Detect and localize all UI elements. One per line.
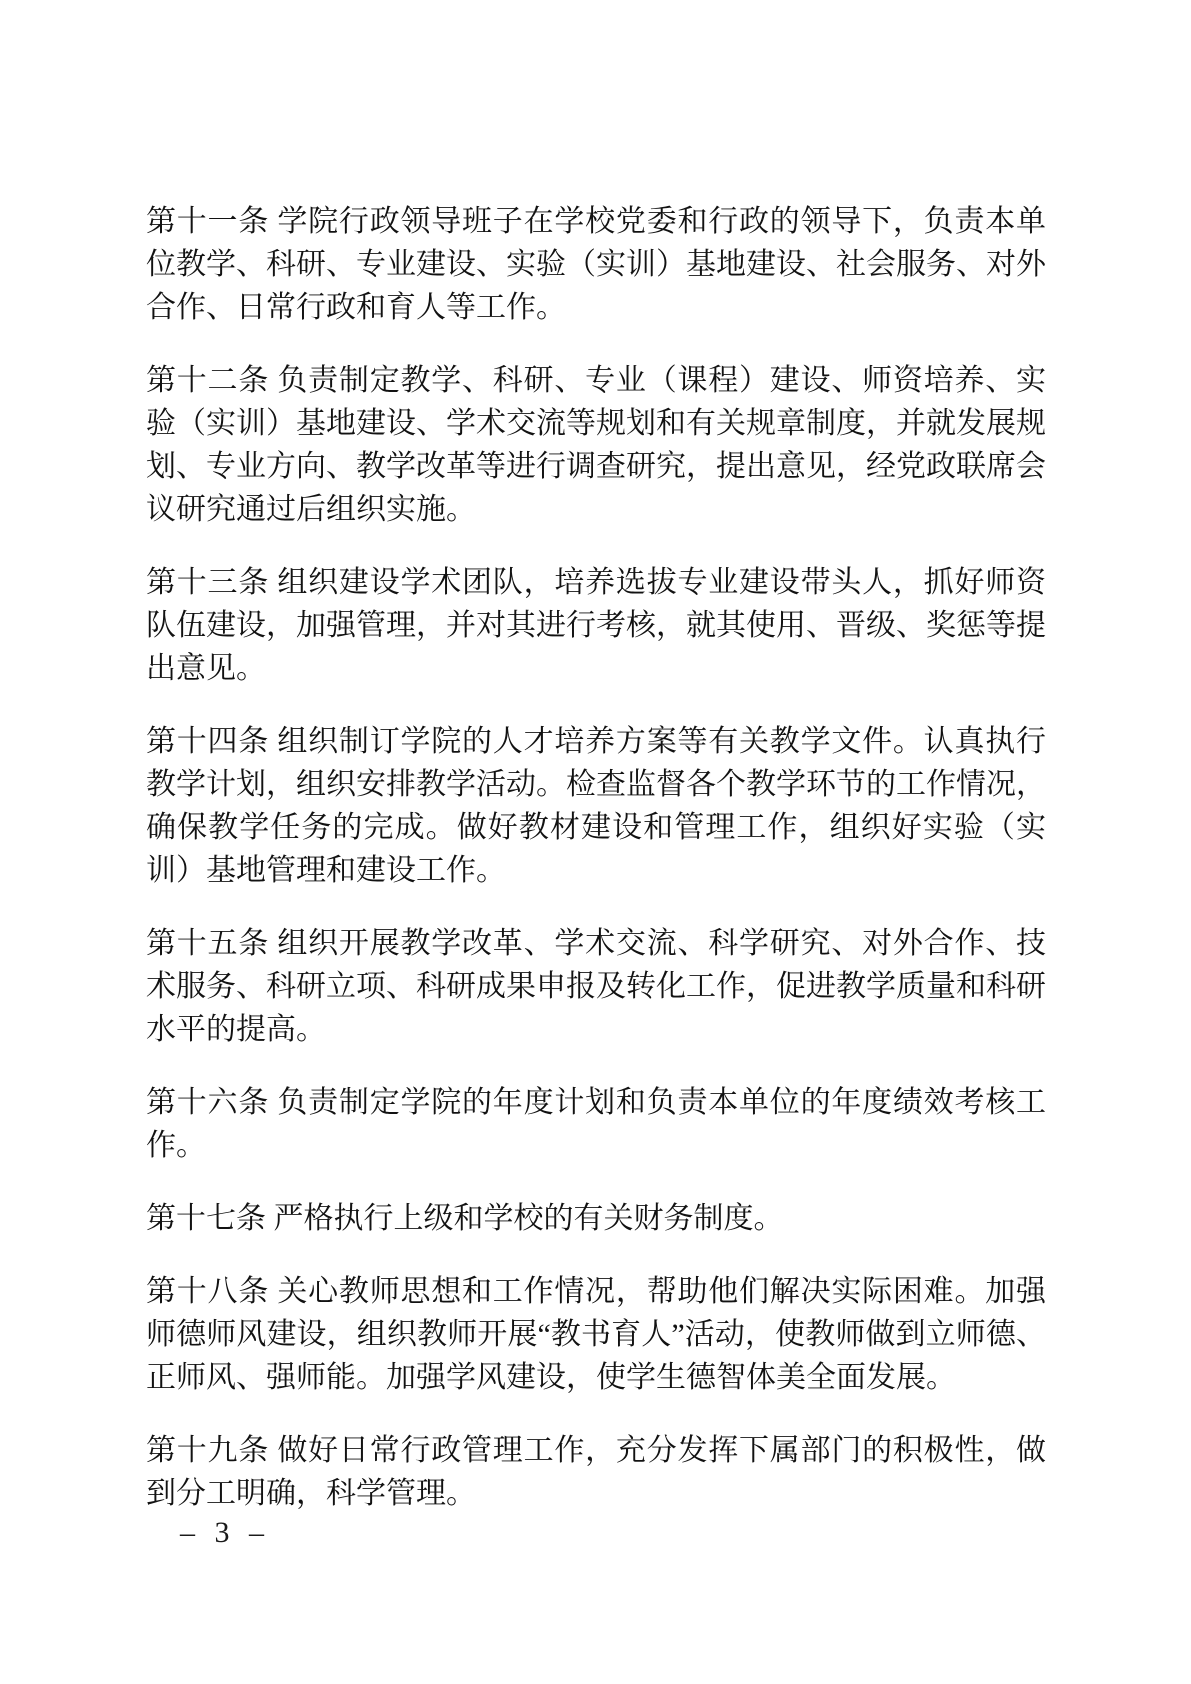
document-body: 第十一条 学院行政领导班子在学校党委和行政的领导下，负责本单位教学、科研、专业建… bbox=[146, 200, 1046, 1515]
article-11-paragraph: 第十一条 学院行政领导班子在学校党委和行政的领导下，负责本单位教学、科研、专业建… bbox=[146, 200, 1046, 329]
article-12-paragraph: 第十二条 负责制定教学、科研、专业（课程）建设、师资培养、实验（实训）基地建设、… bbox=[146, 359, 1046, 531]
article-17-paragraph: 第十七条 严格执行上级和学校的有关财务制度。 bbox=[146, 1197, 1046, 1240]
article-15-paragraph: 第十五条 组织开展教学改革、学术交流、科学研究、对外合作、技术服务、科研立项、科… bbox=[146, 922, 1046, 1051]
page-number: – 3 – bbox=[180, 1515, 270, 1551]
article-14-paragraph: 第十四条 组织制订学院的人才培养方案等有关教学文件。认真执行教学计划，组织安排教… bbox=[146, 720, 1046, 892]
article-13-paragraph: 第十三条 组织建设学术团队，培养选拔专业建设带头人，抓好师资队伍建设，加强管理，… bbox=[146, 561, 1046, 690]
article-19-paragraph: 第十九条 做好日常行政管理工作，充分发挥下属部门的积极性，做到分工明确，科学管理… bbox=[146, 1429, 1046, 1515]
document-page: 第十一条 学院行政领导班子在学校党委和行政的领导下，负责本单位教学、科研、专业建… bbox=[0, 0, 1191, 1684]
article-16-paragraph: 第十六条 负责制定学院的年度计划和负责本单位的年度绩效考核工作。 bbox=[146, 1081, 1046, 1167]
article-18-paragraph: 第十八条 关心教师思想和工作情况，帮助他们解决实际困难。加强师德师风建设，组织教… bbox=[146, 1270, 1046, 1399]
